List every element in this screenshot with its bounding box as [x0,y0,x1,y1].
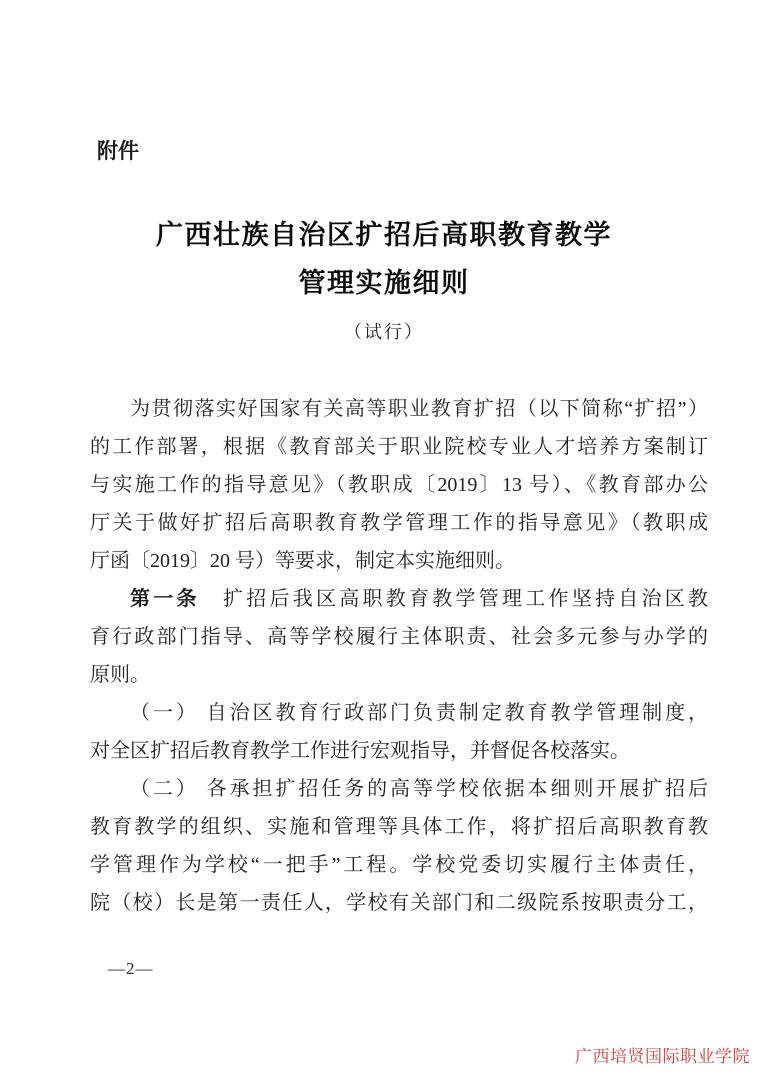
page-number: —2— [108,958,154,980]
document-title-line1: 广西壮族自治区扩招后高职教育教学 [60,211,708,259]
body-line: 对全区扩招后教育教学工作进行宏观指导，并督促各校落实。 [90,732,708,770]
body-line: （一） 自治区教育行政部门负责制定教育教学管理制度， [90,694,708,732]
body-line: 的工作部署，根据《教育部关于职业院校专业人才培养方案制订 [90,428,708,466]
document-subtitle: （试行） [60,319,708,345]
body-line: 为贯彻落实好国家有关高等职业教育扩招（以下简称“扩招”） [90,390,708,428]
attachment-label: 附件 [97,139,139,165]
body-line: 第一条 扩招后我区高职教育教学管理工作坚持自治区教 [90,580,708,618]
paragraph: 第一条 扩招后我区高职教育教学管理工作坚持自治区教育行政部门指导、高等学校履行主… [90,580,708,694]
body-line: 学管理作为学校“一把手”工程。学校党委切实履行主体责任， [90,846,708,884]
document-page: 附件 广西壮族自治区扩招后高职教育教学 管理实施细则 （试行） 为贯彻落实好国家… [0,0,764,1080]
body-line: （二） 各承担扩招任务的高等学校依据本细则开展扩招后 [90,770,708,808]
document-title: 广西壮族自治区扩招后高职教育教学 管理实施细则 [60,211,708,307]
document-title-line2: 管理实施细则 [60,259,708,307]
article-number-bold: 第一条 [130,588,200,610]
footer-organization-name: 广西培贤国际职业学院 [575,1046,750,1068]
body-line: 与实施工作的指导意见》（教职成〔2019〕13 号）、《教育部办公 [90,466,708,504]
body-line: 厅关于做好扩招后高职教育教学管理工作的指导意见》（教职成 [90,504,708,542]
paragraph: 为贯彻落实好国家有关高等职业教育扩招（以下简称“扩招”）的工作部署，根据《教育部… [90,390,708,580]
paragraph: （二） 各承担扩招任务的高等学校依据本细则开展扩招后教育教学的组织、实施和管理等… [90,770,708,922]
body-line: 教育教学的组织、实施和管理等具体工作，将扩招后高职教育教 [90,808,708,846]
body-line: 育行政部门指导、高等学校履行主体职责、社会多元参与办学的 [90,618,708,656]
body-line: 原则。 [90,656,708,694]
paragraph: （一） 自治区教育行政部门负责制定教育教学管理制度，对全区扩招后教育教学工作进行… [90,694,708,770]
document-body: 为贯彻落实好国家有关高等职业教育扩招（以下简称“扩招”）的工作部署，根据《教育部… [90,390,708,922]
body-line: 厅函〔2019〕20 号）等要求，制定本实施细则。 [90,542,708,580]
body-line: 院（校）长是第一责任人，学校有关部门和二级院系按职责分工， [90,884,708,922]
